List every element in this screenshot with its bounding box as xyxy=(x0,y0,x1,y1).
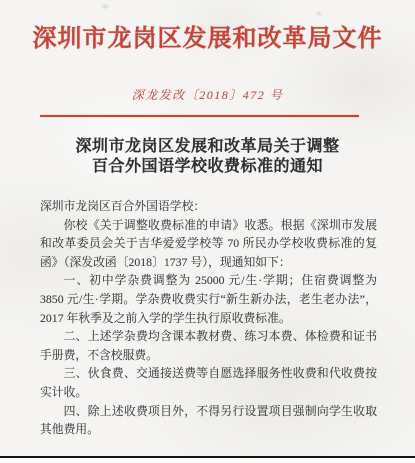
red-divider-line xyxy=(40,115,359,117)
body-paragraph: 你校《关于调整收费标准的申请》收悉。根据《深圳市发展和改革委员会关于吉华爱爱学校… xyxy=(40,216,377,272)
body-paragraph: 四、除上述收费项目外，不得另行设置项目强制向学生收取其他费用。 xyxy=(40,402,377,439)
body-paragraph: 二、上述学杂费均含课本教材费、练习本费、体检费和证书手册费，不含校服费。 xyxy=(40,327,377,364)
document-number: 深龙发改〔2018〕472 号 xyxy=(0,86,415,103)
notice-title: 深圳市龙岗区发展和改革局关于调整 百合外国语学校收费标准的通知 xyxy=(0,137,415,177)
scan-speck xyxy=(317,12,321,15)
scan-speck xyxy=(102,5,108,8)
document-body: 深圳市龙岗区百合外国语学校： 你校《关于调整收费标准的申请》收悉。根据《深圳市发… xyxy=(40,197,377,439)
scanned-document-page: 深圳市龙岗区发展和改革局文件 深龙发改〔2018〕472 号 深圳市龙岗区发展和… xyxy=(0,0,415,463)
letterhead-title: 深圳市龙岗区发展和改革局文件 xyxy=(0,18,415,53)
body-paragraph: 三、伙食费、交通接送费等自愿选择服务性收费和代收费按实计收。 xyxy=(40,364,377,401)
scan-bottom-margin xyxy=(0,458,415,463)
notice-title-line2: 百合外国语学校收费标准的通知 xyxy=(0,157,415,177)
addressee-line: 深圳市龙岗区百合外国语学校： xyxy=(40,197,377,216)
body-paragraph: 一、初中学杂费调整为 25000 元/生·学期；住宿费调整为 3850 元/生·… xyxy=(40,271,377,327)
notice-title-line1: 深圳市龙岗区发展和改革局关于调整 xyxy=(0,137,415,157)
